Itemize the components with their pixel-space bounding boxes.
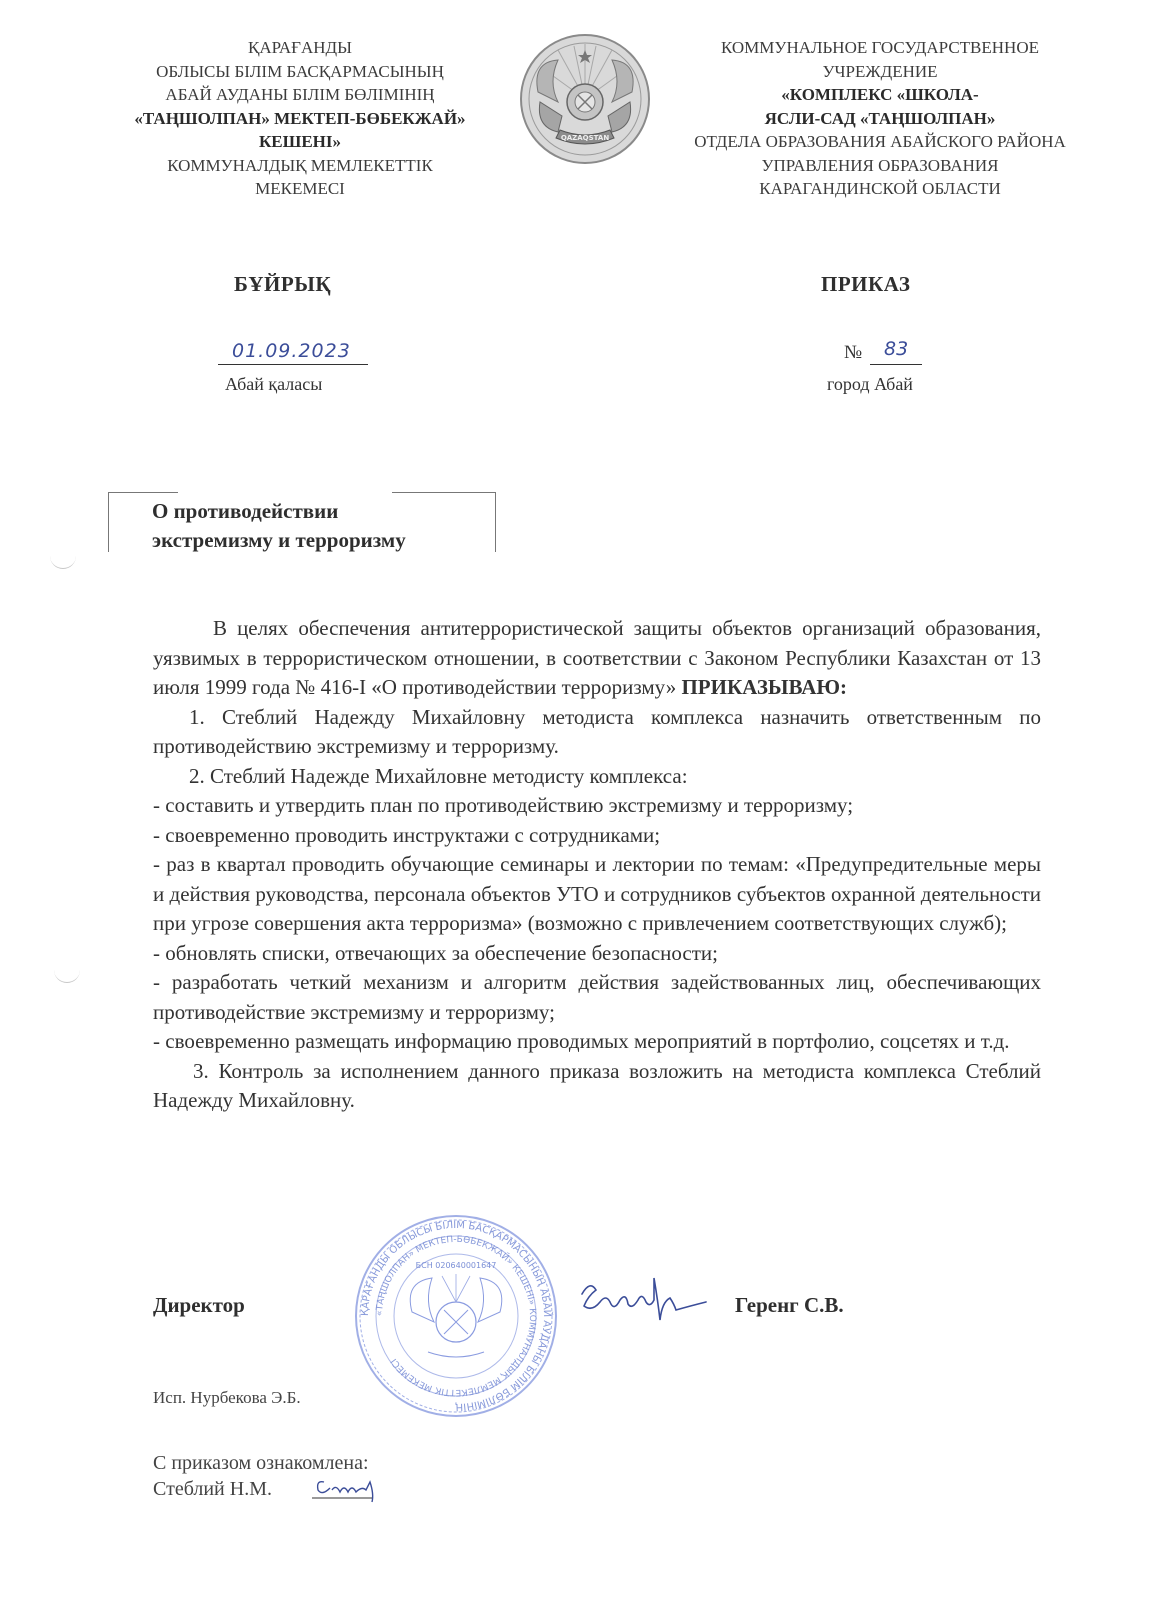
document-title-russian: ПРИКАЗ: [821, 272, 910, 297]
order-subitem: - разработать четкий механизм и алгоритм…: [153, 968, 1041, 1027]
order-item-1: 1. Стеблий Надежду Михайловну методиста …: [153, 703, 1041, 762]
order-word: ПРИКАЗЫВАЮ:: [681, 675, 847, 699]
city-russian: город Абай: [827, 374, 913, 395]
subject-line: О противодействии: [152, 497, 406, 526]
acknowledgement-signature-icon: [312, 1474, 384, 1504]
header-line: УЧРЕЖДЕНИЕ: [660, 60, 1100, 84]
header-line: УПРАВЛЕНИЯ ОБРАЗОВАНИЯ: [660, 154, 1100, 178]
punch-hole-mark: [50, 554, 76, 569]
svg-text:БСН 020640001647: БСН 020640001647: [416, 1261, 497, 1270]
order-body: В целях обеспечения антитеррористической…: [153, 614, 1041, 1116]
official-stamp-icon: ҚАРАҒАНДЫ ОБЛЫСЫ БІЛІМ БАСҚАРМАСЫНЫҢ АБА…: [352, 1212, 560, 1420]
header-line: ҚАРАҒАНДЫ: [100, 36, 500, 60]
order-subitem: - обновлять списки, отвечающих за обеспе…: [153, 939, 1041, 969]
signatory-position: Директор: [153, 1293, 245, 1318]
number-underline: [870, 364, 922, 365]
header-line: ОБЛЫСЫ БІЛІМ БАСҚАРМАСЫНЫҢ: [100, 60, 500, 84]
header-right-russian: КОММУНАЛЬНОЕ ГОСУДАРСТВЕННОЕ УЧРЕЖДЕНИЕ …: [660, 36, 1100, 201]
acknowledgement-name: Стеблий Н.М.: [153, 1478, 272, 1501]
handwritten-signature-icon: [570, 1272, 710, 1332]
city-kazakh: Абай қаласы: [225, 374, 322, 395]
punch-hole-mark: [54, 968, 80, 983]
header-line: АБАЙ АУДАНЫ БІЛІМ БӨЛІМІНІҢ: [100, 83, 500, 107]
order-item-3: 3. Контроль за исполнением данного прика…: [153, 1057, 1041, 1116]
document-title-kazakh: БҰЙРЫҚ: [234, 272, 331, 297]
header-line: КОММУНАЛЬНОЕ ГОСУДАРСТВЕННОЕ: [660, 36, 1100, 60]
date-underline: [218, 364, 368, 365]
header-line: КЕШЕНІ»: [100, 130, 500, 154]
order-subitem: - составить и утвердить план по противод…: [153, 791, 1041, 821]
order-subject: О противодействии экстремизму и террориз…: [152, 497, 406, 555]
order-subitem: - своевременно проводить инструктажи с с…: [153, 821, 1041, 851]
header-line: МЕКЕМЕСІ: [100, 177, 500, 201]
header-line: «ТАҢШОЛПАН» МЕКТЕП-БӨБЕКЖАЙ»: [100, 107, 500, 131]
signatory-name: Геренг С.В.: [735, 1293, 844, 1318]
svg-text:ҚАРАҒАНДЫ ОБЛЫСЫ БІЛІМ БАСҚАРМ: ҚАРАҒАНДЫ ОБЛЫСЫ БІЛІМ БАСҚАРМАСЫНЫҢ АБА…: [360, 1220, 554, 1412]
handwritten-date: 01.09.2023: [232, 340, 351, 362]
order-subitem: - раз в квартал проводить обучающие семи…: [153, 850, 1041, 939]
number-label: №: [844, 342, 862, 364]
header-line: ЯСЛИ-САД «ТАҢШОЛПАН»: [660, 107, 1100, 131]
header-line: КАРАГАНДИНСКОЙ ОБЛАСТИ: [660, 177, 1100, 201]
subject-line: экстремизму и терроризму: [152, 526, 406, 555]
executor-note: Исп. Нурбекова Э.Б.: [153, 1388, 301, 1408]
handwritten-order-number: 83: [884, 338, 908, 360]
order-item-2: 2. Стеблий Надежде Михайловне методисту …: [153, 762, 1041, 792]
order-subitem: - своевременно размещать информацию пров…: [153, 1027, 1041, 1057]
header-line: «КОМПЛЕКС «ШКОЛА-: [660, 83, 1100, 107]
svg-text:«ТАҢШОЛПАН» МЕКТЕП-БӨБЕКЖАЙ» К: «ТАҢШОЛПАН» МЕКТЕП-БӨБЕКЖАЙ» КЕШЕНІ» КОМ…: [375, 1235, 537, 1397]
kazakhstan-emblem-icon: QAZAQSTAN: [518, 32, 652, 166]
preamble-paragraph: В целях обеспечения антитеррористической…: [153, 614, 1041, 703]
acknowledgement-label: С приказом ознакомлена:: [153, 1452, 369, 1475]
header-line: ОТДЕЛА ОБРАЗОВАНИЯ АБАЙСКОГО РАЙОНА: [660, 130, 1100, 154]
header-line: КОММУНАЛДЫҚ МЕМЛЕКЕТТІК: [100, 154, 500, 178]
header-left-kazakh: ҚАРАҒАНДЫ ОБЛЫСЫ БІЛІМ БАСҚАРМАСЫНЫҢ АБА…: [100, 36, 500, 201]
svg-text:QAZAQSTAN: QAZAQSTAN: [561, 134, 610, 142]
